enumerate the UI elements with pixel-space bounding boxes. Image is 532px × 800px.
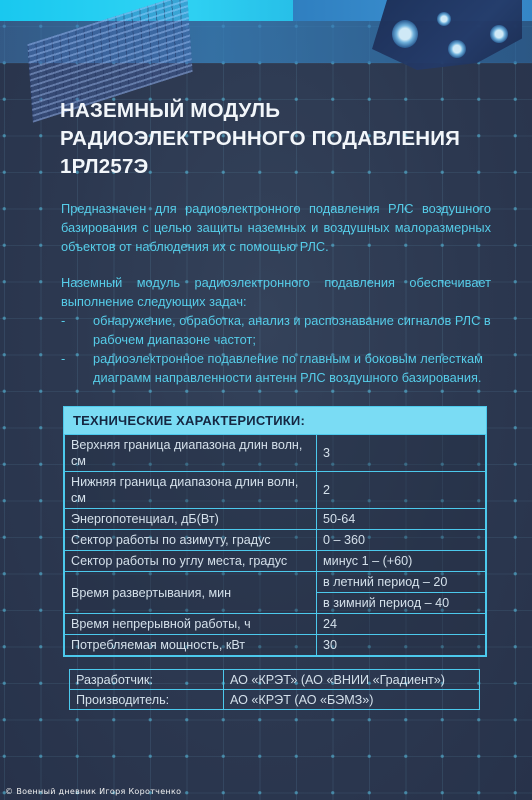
table-row: Производитель: АО «КРЭТ (АО «БЭМЗ»)	[70, 690, 480, 710]
table-row: Нижняя граница диапазона длин волн, см 2	[65, 472, 486, 509]
spec-label: Сектор работы по азимуту, градус	[65, 530, 317, 551]
spec-value: 24	[317, 614, 486, 635]
table-row: Сектор работы по азимуту, градус 0 – 360	[65, 530, 486, 551]
table-row: Сектор работы по углу места, градус мину…	[65, 551, 486, 572]
title-line: 1РЛ257Э	[60, 153, 500, 181]
org-value: АО «КРЭТ (АО «БЭМЗ»)	[224, 690, 480, 710]
org-value: АО «КРЭТ» (АО «ВНИИ «Градиент»)	[224, 670, 480, 690]
spec-value: 50-64	[317, 509, 486, 530]
photo-credit: ©Военный дневник Игоря Коротченко	[5, 787, 181, 796]
organizations-table: Разработчик: АО «КРЭТ» (АО «ВНИИ «Градие…	[69, 669, 480, 710]
table-row: Время развертывания, мин в летний период…	[65, 572, 486, 593]
spec-value: 3	[317, 435, 486, 472]
table-row: Энергопотенциал, дБ(Вт) 50-64	[65, 509, 486, 530]
tasks-list: - обнаружение, обработка, анализ и распо…	[61, 311, 491, 387]
dash-bullet: -	[61, 349, 65, 368]
spec-value: 2	[317, 472, 486, 509]
task-text: обнаружение, обработка, анализ и распозн…	[93, 313, 491, 347]
intro-paragraph: Предназначен для радиоэлектронного подав…	[61, 199, 491, 256]
spec-label: Энергопотенциал, дБ(Вт)	[65, 509, 317, 530]
table-row: Верхняя граница диапазона длин волн, см …	[65, 435, 486, 472]
tasks-section: Наземный модуль радиоэлектронного подавл…	[61, 273, 491, 387]
spec-value: в летний период – 20	[317, 572, 486, 593]
table-row: Разработчик: АО «КРЭТ» (АО «ВНИИ «Градие…	[70, 670, 480, 690]
specs-table-block: ТЕХНИЧЕСКИЕ ХАРАКТЕРИСТИКИ: Верхняя гран…	[63, 406, 487, 657]
spec-value: 30	[317, 635, 486, 656]
spec-value: минус 1 – (+60)	[317, 551, 486, 572]
spec-label: Верхняя граница диапазона длин волн, см	[65, 435, 317, 472]
dash-bullet: -	[61, 311, 65, 330]
list-item: - обнаружение, обработка, анализ и распо…	[61, 311, 491, 349]
org-label: Разработчик:	[70, 670, 224, 690]
specs-table: Верхняя граница диапазона длин волн, см …	[64, 434, 486, 656]
spec-label: Сектор работы по углу места, градус	[65, 551, 317, 572]
table-row: Время непрерывной работы, ч 24	[65, 614, 486, 635]
copyright-icon: ©	[5, 787, 13, 796]
task-text: радиоэлектронное подавление по главным и…	[93, 351, 483, 385]
list-item: - радиоэлектронное подавление по главным…	[61, 349, 491, 387]
title-line: НАЗЕМНЫЙ МОДУЛЬ	[60, 97, 500, 125]
credit-text: Военный дневник Игоря Коротченко	[16, 787, 181, 796]
spec-label: Нижняя граница диапазона длин волн, см	[65, 472, 317, 509]
title-line: РАДИОЭЛЕКТРОННОГО ПОДАВЛЕНИЯ	[60, 125, 500, 153]
spec-value: в зимний период – 40	[317, 593, 486, 614]
table-row: Потребляемая мощность, кВт 30	[65, 635, 486, 656]
page-title: НАЗЕМНЫЙ МОДУЛЬ РАДИОЭЛЕКТРОННОГО ПОДАВЛ…	[60, 97, 500, 181]
specs-header: ТЕХНИЧЕСКИЕ ХАРАКТЕРИСТИКИ:	[64, 407, 486, 434]
spec-label: Время непрерывной работы, ч	[65, 614, 317, 635]
spec-value: 0 – 360	[317, 530, 486, 551]
org-label: Производитель:	[70, 690, 224, 710]
tasks-lead: Наземный модуль радиоэлектронного подавл…	[61, 273, 491, 311]
spec-label: Время развертывания, мин	[65, 572, 317, 614]
spec-label: Потребляемая мощность, кВт	[65, 635, 317, 656]
